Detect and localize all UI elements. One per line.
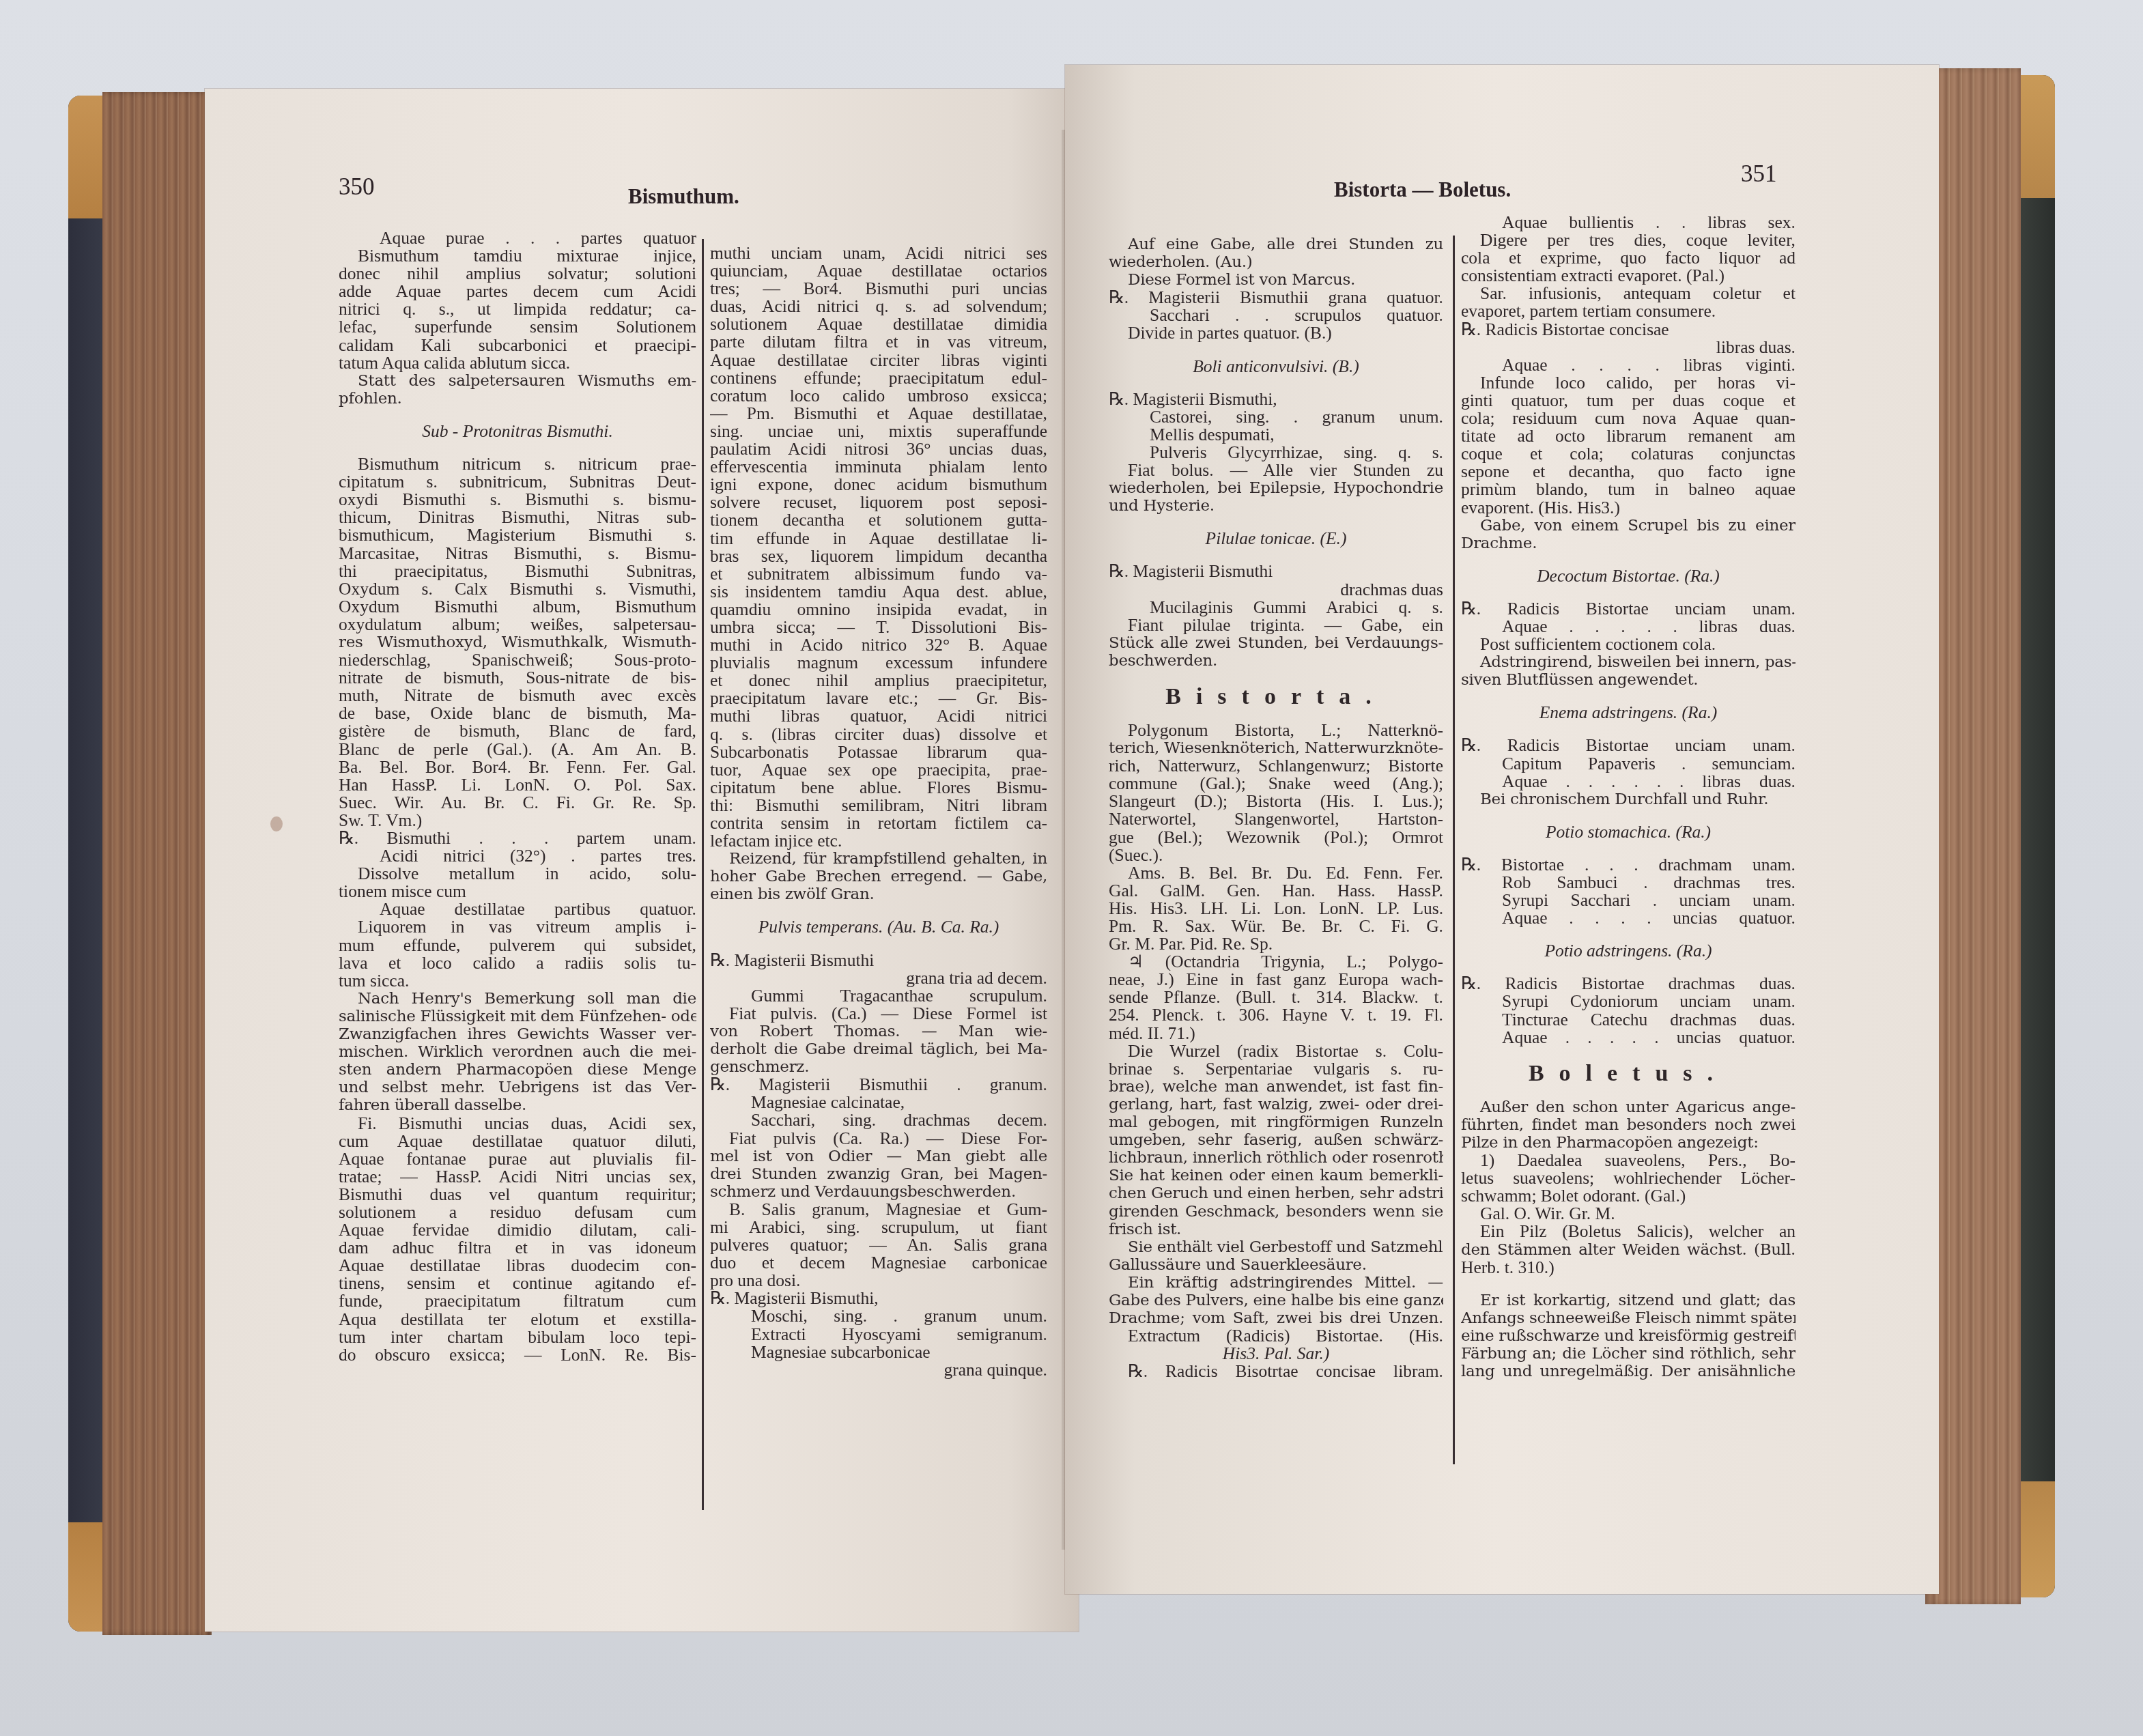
text-line: ℞. Radicis Bistortae drachmas duas. bbox=[1461, 975, 1796, 993]
text-line: letus suaveolens; wohlriechender Löcher- bbox=[1461, 1169, 1796, 1187]
text-line: ℞. Magisterii Bismuthi, bbox=[1109, 390, 1443, 408]
text-line: Aquae fontanae purae aut pluvialis fil- bbox=[339, 1150, 696, 1168]
text-line: gistère de bismuth, Blanc de fard, bbox=[339, 722, 696, 740]
text-line: muthi unciam unam, Acidi nitrici ses bbox=[710, 244, 1047, 262]
spacer bbox=[1461, 841, 1796, 856]
recipe-title: Boli anticonvulsivi. (B.) bbox=[1109, 358, 1443, 375]
text-line: lava et loco calido a radiis solis tu- bbox=[339, 954, 696, 972]
text-line: Sacchari . . scrupulos quatuor. bbox=[1109, 307, 1443, 324]
text-line: res Wismuthoxyd, Wismuthkalk, Wismuth- bbox=[339, 634, 696, 651]
text-line: oxydulatum album; weißes, salpetersau- bbox=[339, 616, 696, 634]
text-line: Oxydum Bismuthi album, Bismuthum bbox=[339, 598, 696, 616]
text-line: solutionem a residuo defusam cum bbox=[339, 1204, 696, 1221]
text-line: Marcasitae, Nitras Bismuthi, s. Bismu- bbox=[339, 545, 696, 563]
spacer bbox=[1109, 343, 1443, 358]
text-line: Die Wurzel (radix Bistortae s. Colu- bbox=[1109, 1042, 1443, 1060]
text-line: von Robert Thomas. — Man wie- bbox=[710, 1023, 1047, 1040]
text-line: Aquae destillatae libras duodecim con- bbox=[339, 1257, 696, 1275]
text-line: mischen. Wirklich verordnen auch die mei… bbox=[339, 1043, 696, 1061]
text-line: Zwanzigfachen ihres Gewichts Wasser ver- bbox=[339, 1025, 696, 1043]
text-line: ℞. Magisterii Bismuthi bbox=[1109, 563, 1443, 580]
text-line: drei Stunden zwanzig Gran, bei Magen- bbox=[710, 1165, 1047, 1183]
text-line: cum Aquae destillatae quatuor diluti, bbox=[339, 1133, 696, 1150]
text-line: Bismuthi duas vel quantum requiritur; bbox=[339, 1186, 696, 1204]
text-line: Ba. Bel. Bor. Bor4. Br. Fenn. Fer. Gal. bbox=[339, 758, 696, 776]
text-line: commune (Gal.); Snake weed (Ang.); bbox=[1109, 775, 1443, 793]
text-line: ℞. Magisterii Bismuthii grana quatuor. bbox=[1109, 289, 1443, 307]
text-line: Gummi Tragacanthae scrupulum. bbox=[710, 987, 1047, 1005]
text-line: Liquorem in vas vitreum amplis i- bbox=[339, 918, 696, 936]
text-line: muthi libras quatuor, Acidi nitrici bbox=[710, 707, 1047, 725]
text-line: und selbst mehr. Uebrigens ist das Ver- bbox=[339, 1079, 696, 1096]
text-line: Gr. M. Par. Pid. Re. Sp. bbox=[1109, 935, 1443, 953]
text-line: muth, Nitrate de bismuth avec excès bbox=[339, 687, 696, 705]
leather-corner bbox=[2021, 75, 2055, 198]
text-line: Bismuthum tamdiu mixturae injice, bbox=[339, 247, 696, 265]
text-line: umgeben, sehr faserig, außen schwärz- bbox=[1109, 1131, 1443, 1149]
text-line: cipitatum bene ablue. Flores Bismu- bbox=[710, 779, 1047, 797]
text-line: thicum, Dinitras Bismuthi, Nitras sub- bbox=[339, 509, 696, 526]
text-line: Fiat pulvis. (Ca.) — Diese Formel ist bbox=[710, 1005, 1047, 1023]
text-line: Reizend, für krampfstillend gehalten, in bbox=[710, 850, 1047, 868]
text-line: Pm. R. Sax. Wür. Be. Br. C. Fi. G. bbox=[1109, 917, 1443, 935]
text-line: Sw. T. Vm.) bbox=[339, 812, 696, 829]
text-line: q. s. (libras circiter duas) dissolve et bbox=[710, 726, 1047, 743]
text-line: Färbung an; die Löcher sind röthlich, se… bbox=[1461, 1345, 1796, 1363]
text-line: coratum loco calido umbroso exsicca; bbox=[710, 387, 1047, 405]
text-line: tres; — Bor4. Bismuthi puri uncias bbox=[710, 280, 1047, 298]
recipe-title: Pilulae tonicae. (E.) bbox=[1109, 530, 1443, 547]
recipe-title: Potio adstringens. (Ra.) bbox=[1461, 942, 1796, 960]
recipe-title: Sub - Protonitras Bismuthi. bbox=[339, 423, 696, 440]
text-line: Fiat pulvis (Ca. Ra.) — Diese For- bbox=[710, 1130, 1047, 1148]
text-line: Fiat bolus. — Alle vier Stunden zu bbox=[1109, 461, 1443, 479]
text-line: sende Pflanze. (Bull. t. 314. Blackw. t. bbox=[1109, 988, 1443, 1006]
text-line: titate ad octo librarum remanent am bbox=[1461, 427, 1796, 445]
text-line: ℞. Radicis Bistortae unciam unam. bbox=[1461, 737, 1796, 754]
text-line: Blanc de perle (Gal.). (A. Am An. B. bbox=[339, 741, 696, 758]
text-line: sepone et decantha, quo facto igne bbox=[1461, 463, 1796, 481]
text-line: Ams. B. Bel. Br. Du. Ed. Fenn. Fer. bbox=[1109, 864, 1443, 882]
text-line: méd. II. 71.) bbox=[1109, 1025, 1443, 1042]
text-line: Aquae . . . . libras viginti. bbox=[1461, 356, 1796, 374]
text-line: Dissolve metallum in acido, solu- bbox=[339, 865, 696, 883]
text-line: ℞. Magisterii Bismuthi bbox=[710, 952, 1047, 969]
text-line: ℞. Radicis Bisotrtae concisae libram. bbox=[1109, 1363, 1443, 1380]
text-line: calidam Kali subcarbonici et praecipi- bbox=[339, 337, 696, 354]
text-line: wiederholen. (Au.) bbox=[1109, 253, 1443, 271]
text-line: lichbraun, innerlich röthlich oder rosen… bbox=[1109, 1149, 1443, 1167]
text-line: evaporet, partem tertiam consumere. bbox=[1461, 302, 1796, 320]
text-line: brinae s. Serpentariae vulgaris s. ru- bbox=[1109, 1060, 1443, 1078]
text-line: ℞. Magisterii Bismuthii . granum. bbox=[710, 1076, 1047, 1094]
text-line: Ein kräftig adstringirendes Mittel. — bbox=[1109, 1274, 1443, 1292]
text-line: Aquae . . . . . uncias quatuor. bbox=[1461, 1029, 1796, 1047]
spacer bbox=[1461, 1277, 1796, 1292]
recipe-title: Enema adstringens. (Ra.) bbox=[1461, 704, 1796, 722]
text-line: Mellis despumati, bbox=[1109, 426, 1443, 444]
text-line: sis insidentem tamdiu Aqua dest. ablue, bbox=[710, 583, 1047, 601]
text-line: mi Arabici, sing. scrupulum, ut fiant bbox=[710, 1219, 1047, 1236]
text-line: tatum Aqua calida ablutum sicca. bbox=[339, 354, 696, 372]
text-line: Gabe des Pulvers, eine halbe bis eine ga… bbox=[1109, 1292, 1443, 1309]
spacer bbox=[1461, 689, 1796, 704]
spacer bbox=[1461, 960, 1796, 975]
text-line: mum effunde, pulverem qui subsidet, bbox=[339, 937, 696, 954]
text-line: wiederholen, bei Epilepsie, Hypochondrie bbox=[1109, 479, 1443, 497]
text-line: Gallussäure und Sauerkleesäure. bbox=[1109, 1256, 1443, 1274]
spacer bbox=[710, 903, 1047, 918]
text-line: Aquae . . . . . . libras duas. bbox=[1461, 773, 1796, 791]
text-line: pulveres quatuor; — An. Salis grana bbox=[710, 1236, 1047, 1254]
text-line: tratae; — HassP. Acidi Nitri uncias sex, bbox=[339, 1168, 696, 1186]
text-line: genschmerz. bbox=[710, 1058, 1047, 1076]
text-line: de base, Oxide blanc de bismuth, Ma- bbox=[339, 705, 696, 722]
text-line: ℞. Bistortae . . . drachmam unam. bbox=[1461, 856, 1796, 874]
text-line: mel ist von Odier — Man giebt alle bbox=[710, 1148, 1047, 1165]
text-line: tionem decantha et solutionem gutta- bbox=[710, 511, 1047, 529]
text-line: führten, findet man besonders noch zwei bbox=[1461, 1116, 1796, 1134]
text-line: cola; residuum cum nova Aquae quan- bbox=[1461, 410, 1796, 427]
section-heading: Bistorta. bbox=[1109, 679, 1443, 715]
spacer bbox=[1109, 375, 1443, 390]
spacer bbox=[1461, 808, 1796, 823]
text-line: solvere recuset, liquorem post seposi- bbox=[710, 494, 1047, 511]
text-line: Subcarbonatis Potassae librarum qua- bbox=[710, 743, 1047, 761]
column-rule bbox=[702, 239, 704, 1510]
spacer bbox=[710, 937, 1047, 952]
text-line: libras duas. bbox=[1461, 339, 1796, 356]
text-line: dam adhuc filtra et in vas idoneum bbox=[339, 1239, 696, 1257]
text-line: Han HassP. Li. LonN. O. Pol. Sax. bbox=[339, 776, 696, 794]
text-line: Drachme. bbox=[1461, 535, 1796, 552]
recipe-title: Pulvis temperans. (Au. B. Ca. Ra.) bbox=[710, 918, 1047, 936]
text-line: adde Aquae partes decem cum Acidi bbox=[339, 283, 696, 300]
text-line: Aqua destillata ter elotum et exstilla- bbox=[339, 1311, 696, 1328]
text-line: pro una dosi. bbox=[710, 1272, 1047, 1290]
text-line: rich, Natterwurz, Schlangenwurz; Bistort… bbox=[1109, 757, 1443, 775]
text-line: hoher Gabe Brechen erregend. — Gabe, bbox=[710, 868, 1047, 885]
text-line: Anfangs schneeweiße Fleisch nimmt später bbox=[1461, 1309, 1796, 1327]
text-line: sing. unciae uni, mixtis superaffunde bbox=[710, 423, 1047, 440]
text-line: tuor, Aquae sex ope praecipita, prae- bbox=[710, 761, 1047, 779]
text-line: Polygonum Bistorta, L.; Natterknö- bbox=[1109, 722, 1443, 739]
spacer bbox=[1461, 552, 1796, 567]
text-line: Aquae purae . . . partes quatuor bbox=[339, 229, 696, 247]
text-line: ℞. Bismuthi . . . partem unam. bbox=[339, 829, 696, 847]
text-line: consistentiam extracti evaporet. (Pal.) bbox=[1461, 267, 1796, 285]
text-line: den Stämmen alter Weiden wächst. (Bull. bbox=[1461, 1241, 1796, 1259]
text-line: Digere per tres dies, coque leviter, bbox=[1461, 231, 1796, 249]
text-line: gerlang, hart, fast walzig, zwei- oder d… bbox=[1109, 1096, 1443, 1113]
leather-corner bbox=[2021, 1481, 2055, 1597]
text-line: Nach Henry's Bemerkung soll man die bbox=[339, 990, 696, 1008]
text-line: primùm blando, tum in balneo aquae bbox=[1461, 481, 1796, 498]
text-line: Sie enthält viel Gerbestoff und Satzmehl… bbox=[1109, 1238, 1443, 1256]
text-line: nitrate de bismuth, Sous-nitrate de bis- bbox=[339, 669, 696, 687]
text-line: cipitatum s. subnitricum, Subnitras Deut… bbox=[339, 473, 696, 491]
text-line: quamdiu omnino insipida evadat, in bbox=[710, 601, 1047, 618]
text-line: Außer den schon unter Agaricus ange- bbox=[1461, 1098, 1796, 1116]
text-line: (Suec.). bbox=[1109, 846, 1443, 864]
text-line: umbra sicca; — T. Dissolutioni Bis- bbox=[710, 618, 1047, 636]
text-line: Mucilaginis Gummi Arabici q. s. bbox=[1109, 599, 1443, 616]
text-line: evaporent. (His. His3.) bbox=[1461, 499, 1796, 517]
text-line: donec nihil amplius solvatur; solutioni bbox=[339, 265, 696, 283]
text-line: Divide in partes quatuor. (B.) bbox=[1109, 324, 1443, 342]
text-line: Aquae bullientis . . libras sex. bbox=[1461, 214, 1796, 231]
text-line: girenden Geschmack, besonders wenn sie bbox=[1109, 1203, 1443, 1221]
page-block-edge-right bbox=[1925, 68, 2021, 1604]
text-line: effervescentia imminuta phialam lento bbox=[710, 458, 1047, 476]
text-line: Acidi nitrici (32°) . partes tres. bbox=[339, 847, 696, 865]
text-line: Er ist korkartig, sitzend und glatt; das bbox=[1461, 1292, 1796, 1309]
text-line: Capitum Papaveris . semunciam. bbox=[1461, 755, 1796, 773]
spacer bbox=[1109, 547, 1443, 563]
text-line: Pilze in den Pharmacopöen angezeigt: bbox=[1461, 1134, 1796, 1152]
text-line: cola et exprime, quo facto liquor ad bbox=[1461, 249, 1796, 267]
text-line: terich, Wiesenknöterich, Natterwurzknöte… bbox=[1109, 739, 1443, 757]
text-line: nitrici q. s., ut limpida reddatur; ca- bbox=[339, 300, 696, 318]
text-line: — Pm. Bismuthi et Aquae destillatae, bbox=[710, 405, 1047, 423]
text-line: schwamm; Bolet odorant. (Gal.) bbox=[1461, 1187, 1796, 1205]
foxing-stain bbox=[270, 816, 283, 831]
text-line: thi praecipitatus, Bismuthi Subnitras, bbox=[339, 563, 696, 580]
text-line: bismuthicum, Magisterium Bismuthi s. bbox=[339, 526, 696, 544]
text-line: thi: Bismuthi semilibram, Nitri libram bbox=[710, 797, 1047, 814]
text-line: Gabe, von einem Scrupel bis zu einer bbox=[1461, 517, 1796, 535]
column-rule bbox=[1453, 236, 1455, 1464]
text-line: ♃ (Octandria Trigynia, L.; Polygo- bbox=[1109, 953, 1443, 971]
text-line: Magnesiae subcarbonicae bbox=[710, 1343, 1047, 1361]
text-line: chen Geruch und einen herben, sehr adstr… bbox=[1109, 1184, 1443, 1202]
text-line: praecipitatum lavare etc.; — Gr. Bis- bbox=[710, 689, 1047, 707]
text-line: Suec. Wir. Au. Br. C. Fi. Gr. Re. Sp. bbox=[339, 794, 696, 812]
text-line: paulatim Acidi nitrosi 36° uncias duas, bbox=[710, 440, 1047, 458]
text-line: Bismuthum nitricum s. nitricum prae- bbox=[339, 455, 696, 473]
text-line: gue (Bel.); Wezownik (Pol.); Ormrot bbox=[1109, 829, 1443, 846]
text-line: Stück alle zwei Stunden, bei Verdauungs- bbox=[1109, 634, 1443, 652]
text-line: Infunde loco calido, per horas vi- bbox=[1461, 374, 1796, 392]
text-line: igni expone, donec acidum bismuthum bbox=[710, 476, 1047, 494]
text-column-2: muthi unciam unam, Acidi nitrici sesquiu… bbox=[710, 244, 1047, 1379]
text-line: sten andern Pharmacopöen diese Menge bbox=[339, 1061, 696, 1079]
text-line: Syrupi Cydoniorum unciam unam. bbox=[1461, 993, 1796, 1010]
spacer bbox=[339, 408, 696, 423]
text-line: coque et cola; colaturas conjunctas bbox=[1461, 445, 1796, 463]
text-line: grana quinque. bbox=[710, 1361, 1047, 1379]
text-line: Slangeurt (D.); Bistorta (His. I. Lus.); bbox=[1109, 793, 1443, 810]
text-line: derholt die Gabe dreimal täglich, bei Ma… bbox=[710, 1040, 1047, 1058]
text-line: frisch ist. bbox=[1109, 1221, 1443, 1238]
text-line: tionem misce cum bbox=[339, 883, 696, 900]
text-line: Naterwortel, Slangenwortel, Hartston- bbox=[1109, 810, 1443, 828]
text-line: bras sex, liquorem limpidum decantha bbox=[710, 547, 1047, 565]
text-line: continens effunde; praecipitatum edul- bbox=[710, 369, 1047, 387]
text-line: und Hysterie. bbox=[1109, 497, 1443, 515]
text-line: duas, Acidi nitrici q. s. ad solvendum; bbox=[710, 298, 1047, 315]
text-line: Post sufficientem coctionem cola. bbox=[1461, 636, 1796, 653]
text-line: Syrupi Sacchari . unciam unam. bbox=[1461, 892, 1796, 909]
text-line: ℞. Magisterii Bismuthi, bbox=[710, 1290, 1047, 1307]
text-line: neae, J.) Eine in fast ganz Europa wach- bbox=[1109, 971, 1443, 988]
text-line: Bei chronischem Durchfall und Ruhr. bbox=[1461, 791, 1796, 808]
text-line: funde, praecipitatum filtratum cum bbox=[339, 1292, 696, 1310]
text-line: Tincturae Catechu drachmas duas. bbox=[1461, 1011, 1796, 1029]
text-line: Rob Sambuci . drachmas tres. bbox=[1461, 874, 1796, 892]
spacer bbox=[339, 440, 696, 455]
text-line: et donec nihil amplius praecipitetur, bbox=[710, 672, 1047, 689]
text-line: Gal. GalM. Gen. Han. Hass. HassP. bbox=[1109, 882, 1443, 900]
text-line: Auf eine Gabe, alle drei Stunden zu bbox=[1109, 236, 1443, 253]
text-line: 1) Daedalea suaveolens, Pers., Bo- bbox=[1461, 1152, 1796, 1169]
running-head: Bistorta — Boletus. bbox=[1334, 177, 1511, 202]
text-line: lefac, superfunde sensim Solutionem bbox=[339, 318, 696, 336]
text-line: tum sicca. bbox=[339, 972, 696, 990]
text-line: Statt des salpetersauren Wismuths em- bbox=[339, 372, 696, 390]
spacer bbox=[1461, 585, 1796, 600]
recipe-title: His3. Pal. Sar.) bbox=[1109, 1345, 1443, 1363]
text-line: Fiant pilulae triginta. — Gabe, ein bbox=[1109, 616, 1443, 634]
text-line: Adstringirend, bisweilen bei innern, pas… bbox=[1461, 653, 1796, 671]
text-line: Drachme; vom Saft, zwei bis drei Unzen. bbox=[1109, 1309, 1443, 1327]
page-number: 350 bbox=[339, 173, 375, 201]
text-line: brae), welche man anwendet, ist fast fin… bbox=[1109, 1078, 1443, 1096]
text-line: B. Salis granum, Magnesiae et Gum- bbox=[710, 1201, 1047, 1219]
text-line: et subnitratem albissimum fundo va- bbox=[710, 565, 1047, 583]
text-column-1: Auf eine Gabe, alle drei Stunden zuwiede… bbox=[1109, 236, 1443, 1380]
text-line: Ein Pilz (Boletus Salicis), welcher an bbox=[1461, 1223, 1796, 1240]
text-line: Magnesiae calcinatae, bbox=[710, 1094, 1047, 1111]
text-line: schmerz und Verdauungsbeschwerden. bbox=[710, 1183, 1047, 1201]
text-line: pfohlen. bbox=[339, 390, 696, 408]
text-line: beschwerden. bbox=[1109, 652, 1443, 670]
spacer bbox=[1461, 722, 1796, 737]
text-line: Herb. t. 310.) bbox=[1461, 1259, 1796, 1277]
text-line: Moschi, sing. . granum unum. bbox=[710, 1307, 1047, 1325]
text-line: einen bis zwölf Gran. bbox=[710, 885, 1047, 903]
text-line: Castorei, sing. . granum unum. bbox=[1109, 408, 1443, 426]
text-line: muthi in Acido nitrico 32° B. Aquae bbox=[710, 636, 1047, 654]
recipe-title: Potio stomachica. (Ra.) bbox=[1461, 823, 1796, 841]
text-line: Aquae destillatae partibus quatuor. bbox=[339, 900, 696, 918]
page-block-edge-left bbox=[102, 92, 212, 1635]
text-line: ℞. Radicis Bistortae concisae bbox=[1461, 321, 1796, 339]
text-line: parte dilutam filtra et in vas vitreum, bbox=[710, 333, 1047, 351]
text-line: Sacchari, sing. drachmas decem. bbox=[710, 1111, 1047, 1129]
recipe-title: Decoctum Bistortae. (Ra.) bbox=[1461, 567, 1796, 585]
text-line: contrita sensim in retortam fictilem ca- bbox=[710, 814, 1047, 832]
text-line: ℞. Radicis Bistortae unciam unam. bbox=[1461, 600, 1796, 618]
text-line: Fi. Bismuthi uncias duas, Acidi sex, bbox=[339, 1115, 696, 1133]
text-line: 254. Plenck. t. 306. Hayne V. t. 19. Fl. bbox=[1109, 1006, 1443, 1024]
text-line: siven Blutflüssen angewendet. bbox=[1461, 671, 1796, 689]
spacer bbox=[1109, 515, 1443, 530]
text-line: Aquae destillatae circiter libras vigint… bbox=[710, 352, 1047, 369]
section-heading: Boletus. bbox=[1461, 1056, 1796, 1092]
text-line: solutionem Aquae destillatae dimidia bbox=[710, 315, 1047, 333]
text-line: niederschlag, Spanischweiß; Sous-proto- bbox=[339, 651, 696, 669]
text-line: Gal. O. Wir. Gr. M. bbox=[1461, 1205, 1796, 1223]
left-page: 350 Bismuthum. Aquae purae . . . partes … bbox=[205, 89, 1079, 1632]
text-line: tum inter chartam bibulam loco tepi- bbox=[339, 1328, 696, 1346]
text-line: salinische Flüssigkeit mit dem Fünfzehen… bbox=[339, 1008, 696, 1025]
text-column-1: Aquae purae . . . partes quatuorBismuthu… bbox=[339, 229, 696, 1364]
text-line: Oxydum s. Calx Bismuthi s. Vismuthi, bbox=[339, 580, 696, 598]
text-line: duo et decem Magnesiae carbonicae bbox=[710, 1254, 1047, 1272]
text-line: tinens, sensim et continue agitando ef- bbox=[339, 1275, 696, 1292]
text-line: eine rußschwarze und kreisförmig gestrei… bbox=[1461, 1327, 1796, 1345]
running-head: Bismuthum. bbox=[628, 184, 739, 209]
text-line: Diese Formel ist von Marcus. bbox=[1109, 271, 1443, 289]
text-line: tim effunde in Aquae destillatae li- bbox=[710, 530, 1047, 547]
text-line: Aquae . . . . uncias quatuor. bbox=[1461, 909, 1796, 927]
text-line: drachmas duas bbox=[1109, 581, 1443, 599]
text-line: oxydi Bismuthi s. Bismuthi s. bismu- bbox=[339, 491, 696, 509]
text-line: pluvialis magnum excessum infundere bbox=[710, 654, 1047, 672]
text-line: Aquae fervidae dimidio dilutam, cali- bbox=[339, 1221, 696, 1239]
text-line: Extractum (Radicis) Bistortae. (His. bbox=[1109, 1327, 1443, 1345]
page-number: 351 bbox=[1741, 160, 1777, 188]
text-line: fahren überall dasselbe. bbox=[339, 1096, 696, 1114]
text-line: lefactam injice etc. bbox=[710, 832, 1047, 850]
text-line: mal gebogen, mit ringförmigen Runzeln bbox=[1109, 1113, 1443, 1131]
text-line: quiunciam, Aquae destillatae octarios bbox=[710, 262, 1047, 280]
text-line: Pulveris Glycyrrhizae, sing. q. s. bbox=[1109, 444, 1443, 461]
text-line: lang und unregelmäßig. Der anisähnliche bbox=[1461, 1363, 1796, 1380]
right-page: Bistorta — Boletus. 351 Auf eine Gabe, a… bbox=[1065, 65, 1939, 1594]
text-line: His. His3. LH. Li. Lon. LonN. LP. Lus. bbox=[1109, 900, 1443, 917]
text-line: ginti quatuor, tum per duas coque et bbox=[1461, 392, 1796, 410]
text-line: Sar. infusionis, antequam coletur et bbox=[1461, 285, 1796, 302]
text-line: Aquae . . . . . libras duas. bbox=[1461, 618, 1796, 636]
text-line: Sie hat keinen oder einen kaum bemerkli- bbox=[1109, 1167, 1443, 1184]
text-line: grana tria ad decem. bbox=[710, 969, 1047, 987]
text-line: do obscuro exsicca; — LonN. Re. Bis- bbox=[339, 1346, 696, 1364]
text-column-2: Aquae bullientis . . libras sex.Digere p… bbox=[1461, 214, 1796, 1380]
text-line: Extracti Hyoscyami semigranum. bbox=[710, 1326, 1047, 1343]
spacer bbox=[1461, 927, 1796, 942]
